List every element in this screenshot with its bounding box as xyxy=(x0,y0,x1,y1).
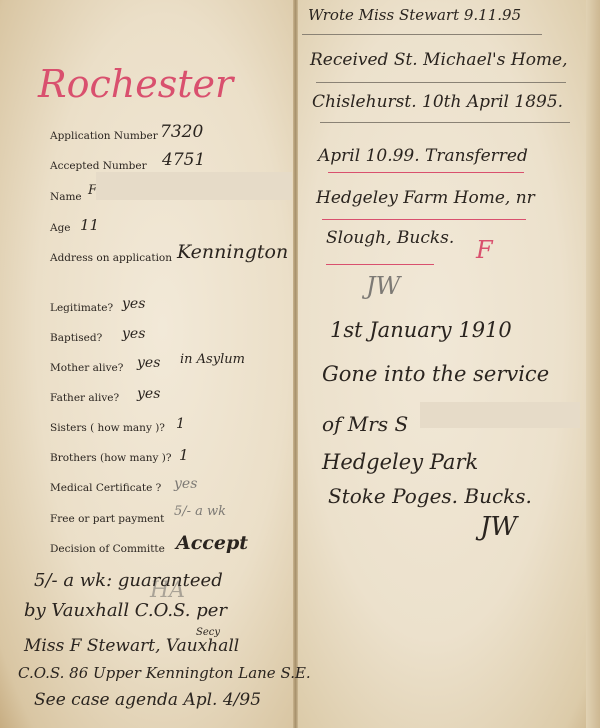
field-label-sisters: Sisters ( how many )? xyxy=(50,422,165,434)
field-note-mother-alive: in Asylum xyxy=(180,352,245,367)
rule xyxy=(302,34,542,35)
bottom-note-line-5: See case agenda Apl. 4/95 xyxy=(34,690,261,710)
field-label-decision: Decision of Committe xyxy=(50,543,165,555)
field-label-baptised: Baptised? xyxy=(50,332,102,344)
field-label-father-alive: Father alive? xyxy=(50,392,119,404)
rule xyxy=(320,122,570,123)
field-label-age: Age xyxy=(50,222,71,234)
field-label-payment: Free or part payment xyxy=(50,513,164,525)
field-value-payment: 5/- a wk xyxy=(174,504,226,519)
field-value-application-number: 7320 xyxy=(160,122,203,142)
field-label-medical-certificate: Medical Certificate ? xyxy=(50,482,161,494)
field-value-legitimate: yes xyxy=(122,296,145,312)
field-label-mother-alive: Mother alive? xyxy=(50,362,123,374)
later-note-line-3: of Mrs S xyxy=(322,412,408,436)
transfer-line-3: Slough, Bucks. xyxy=(326,228,454,248)
field-value-address: Kennington xyxy=(177,241,288,263)
rule xyxy=(316,82,566,83)
field-value-age: 11 xyxy=(80,216,99,234)
header-name: Rochester xyxy=(38,62,233,106)
later-note-line-2: Gone into the service xyxy=(322,362,549,386)
bottom-note-line-1: 5/- a wk: guaranteed xyxy=(34,570,223,591)
page-edge xyxy=(586,0,600,728)
field-value-father-alive: yes xyxy=(137,386,160,402)
bottom-note-line-3: Miss F Stewart, Vauxhall xyxy=(24,636,239,656)
bottom-note-line-4: C.O.S. 86 Upper Kennington Lane S.E. xyxy=(18,664,311,682)
field-value-sisters: 1 xyxy=(176,416,185,432)
book-spine xyxy=(293,0,298,728)
later-note-line-5: Stoke Poges. Bucks. xyxy=(328,484,532,508)
top-note: Wrote Miss Stewart 9.11.95 xyxy=(308,6,521,24)
field-label-address: Address on application xyxy=(50,252,172,264)
red-initial: F xyxy=(476,236,493,264)
field-value-mother-alive: yes xyxy=(137,355,160,371)
red-underline xyxy=(328,172,524,173)
field-label-name: Name xyxy=(50,191,82,203)
field-value-baptised: yes xyxy=(122,326,145,342)
redacted-name xyxy=(96,172,292,200)
red-underline xyxy=(322,219,526,220)
received-line-1: Received St. Michael's Home, xyxy=(310,50,568,70)
field-value-medical-certificate: yes xyxy=(174,476,197,492)
later-note-line-4: Hedgeley Park xyxy=(322,450,478,474)
transfer-line-1: April 10.99. Transferred xyxy=(318,146,528,166)
field-label-legitimate: Legitimate? xyxy=(50,302,113,314)
field-label-accepted-number: Accepted Number xyxy=(50,160,147,172)
field-label-brothers: Brothers (how many )? xyxy=(50,452,171,464)
field-value-decision: Accept xyxy=(176,532,248,554)
field-value-brothers: 1 xyxy=(179,446,189,464)
signature: JW xyxy=(480,512,517,542)
redacted-employer-name xyxy=(420,402,580,428)
field-label-application-number: Application Number xyxy=(50,130,158,142)
transfer-line-2: Hedgeley Farm Home, nr xyxy=(316,188,535,208)
bottom-note-line-2: by Vauxhall C.O.S. per xyxy=(24,600,227,621)
received-line-2: Chislehurst. 10th April 1895. xyxy=(312,92,563,112)
red-underline xyxy=(326,264,434,265)
field-value-accepted-number: 4751 xyxy=(162,150,205,170)
later-note-line-1: 1st January 1910 xyxy=(330,318,512,342)
pencil-initials-right: JW xyxy=(366,272,400,300)
